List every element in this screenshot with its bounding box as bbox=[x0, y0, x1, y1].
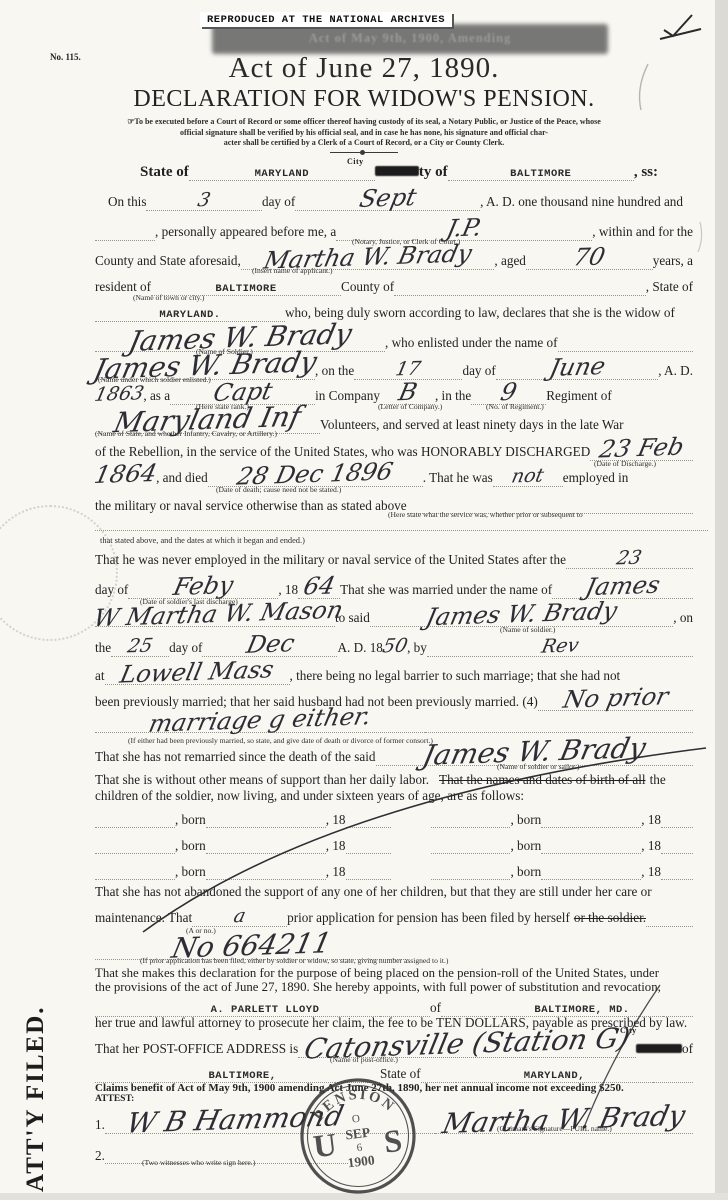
prior-application-line: maintenance. That a prior application fo… bbox=[95, 910, 693, 927]
struck-children-text: That the names and dates of birth of all bbox=[439, 772, 646, 788]
state-value: MARYLAND bbox=[255, 168, 309, 180]
on-this-label: On this bbox=[108, 194, 146, 210]
enlisted-under-label: , who enlisted under the name of bbox=[385, 335, 558, 351]
discharge-date-entry: 23 Feb bbox=[598, 441, 685, 457]
ad-label2: , A. D. bbox=[658, 363, 693, 379]
caption-witnesses: (Two witnesses who write sign here.) bbox=[142, 1158, 255, 1167]
struck-soldier-text: or the soldier. bbox=[574, 910, 646, 926]
employed-in-label: employed in bbox=[563, 470, 629, 486]
act-title: Act of June 27, 1890. bbox=[0, 52, 728, 85]
maiden-name-entry: W Martha W. Mason bbox=[93, 604, 344, 626]
soldier-name4-entry: James W. Brady bbox=[422, 740, 647, 763]
eighteen-label: , 18 bbox=[278, 582, 298, 598]
in-company-label: in Company bbox=[315, 388, 380, 404]
po-city-entry: BALTIMORE, bbox=[208, 1070, 276, 1082]
declaration-line2: the provisions of the act of June 27, 18… bbox=[95, 980, 698, 995]
scan-edge bbox=[715, 0, 728, 1200]
check-mark-underline bbox=[660, 29, 701, 39]
stamp-o: O bbox=[351, 1113, 360, 1126]
born-row: , born , 18 , born , 18 bbox=[95, 838, 693, 854]
state-county-line: State of MARYLAND ty of BALTIMORE , ss: bbox=[140, 164, 658, 181]
caption-soldier4: (Name of soldier or sailor.) bbox=[497, 762, 579, 771]
personally-label: , personally appeared before me, a bbox=[155, 224, 336, 240]
county-word-blot bbox=[375, 166, 419, 176]
marriage-place-line: at Lowell Mass , there being no legal ba… bbox=[95, 666, 693, 685]
regiment-of-label: Regiment of bbox=[546, 388, 612, 404]
witness1-number: 1. bbox=[95, 1117, 105, 1133]
that-he-was-label: . That he was bbox=[423, 470, 493, 486]
rank-entry: Capt bbox=[212, 385, 273, 400]
instruction-line: official signature shall be verified by … bbox=[80, 128, 648, 139]
caption-claimant: (Claimant's Signature—FULL name.) bbox=[497, 1124, 612, 1133]
company-entry: B bbox=[397, 386, 418, 400]
caption-applicant: (Insert name of applicant.) bbox=[252, 266, 333, 275]
support-line: That she is without other means of suppo… bbox=[95, 772, 693, 788]
caption-company: (Letter of Company.) bbox=[378, 402, 442, 411]
and-died-label: , and died bbox=[156, 470, 208, 486]
sworn-line: MARYLAND. who, being duly sworn accordin… bbox=[95, 305, 693, 322]
pencil-mark bbox=[698, 222, 702, 252]
county-value: BALTIMORE bbox=[510, 168, 571, 180]
maiden-name-line: W Martha W. Mason to said James W. Brady… bbox=[95, 608, 693, 627]
born-label: , born bbox=[510, 838, 541, 854]
prior-app-label: prior application for pension has been f… bbox=[287, 910, 570, 926]
enlisted-name-entry: James W. Brady bbox=[92, 354, 317, 377]
county-of-label: County of bbox=[341, 279, 394, 295]
caption-regiment: (No. of Regiment.) bbox=[486, 402, 544, 411]
enlist-month-entry: June bbox=[548, 360, 606, 375]
state-inf-entry: Maryland Inf bbox=[113, 409, 302, 431]
po-entry: Catonsville (Station G) bbox=[303, 1030, 631, 1057]
applicant-line: County and State aforesaid, Martha W. Br… bbox=[95, 251, 693, 270]
last-year-entry: 64 bbox=[302, 579, 336, 593]
ad18-label: A. D. 18 bbox=[337, 640, 382, 656]
no-prior-entry: No prior bbox=[562, 690, 669, 707]
a-entry: a bbox=[233, 911, 247, 922]
state-entry2: MARYLAND. bbox=[159, 309, 220, 321]
never-employed-line: That he was never employed in the milita… bbox=[95, 552, 693, 569]
maintenance-label: maintenance. That bbox=[95, 910, 192, 926]
attest-label: ATTEST: bbox=[95, 1094, 134, 1104]
city-overwrite2: City bbox=[620, 1026, 637, 1035]
as-a-label: , as a bbox=[143, 388, 170, 404]
year18-label: , 18 bbox=[641, 864, 661, 880]
national-archives-stamp: REPRODUCED AT THE NATIONAL ARCHIVES bbox=[200, 12, 452, 27]
rev-entry: Rev bbox=[541, 640, 580, 652]
after-day-entry: 23 bbox=[616, 553, 643, 564]
born-label: , born bbox=[175, 812, 206, 828]
discharge-year-entry: 1864 bbox=[93, 467, 157, 482]
year18-label: , 18 bbox=[641, 812, 661, 828]
at-label: at bbox=[95, 668, 105, 684]
caption-death: (Date of death; cause need not be stated… bbox=[216, 485, 341, 494]
within-label: , within and for the bbox=[592, 224, 693, 240]
soldier-name-line: James W. Brady , who enlisted under the … bbox=[95, 330, 693, 352]
last-month-entry: Feby bbox=[172, 579, 234, 594]
caption-service1: (Here state what the service was, whethe… bbox=[388, 510, 583, 519]
not-remarried-line: That she has not remarried since the dea… bbox=[95, 744, 693, 766]
execution-instructions: ☞To be executed before a Court of Record… bbox=[80, 117, 648, 149]
not-remarried-label: That she has not remarried since the dea… bbox=[95, 749, 376, 765]
day-of-label: day of bbox=[262, 194, 295, 210]
marry-place-entry: Lowell Mass bbox=[119, 663, 275, 681]
on-label: , on bbox=[673, 610, 693, 626]
military-otherwise-label: the military or naval service otherwise … bbox=[95, 498, 407, 514]
year18-label: , 18 bbox=[326, 812, 346, 828]
born-row: , born , 18 , born , 18 bbox=[95, 812, 693, 828]
county-suffix: ty of bbox=[419, 164, 448, 181]
stamp-year: 1900 bbox=[347, 1152, 376, 1170]
caption-po: (Name of post-office.) bbox=[330, 1055, 398, 1064]
never-employed-label: That he was never employed in the milita… bbox=[95, 552, 566, 568]
marry-day-entry: 25 bbox=[127, 641, 154, 652]
aged-label: , aged bbox=[494, 253, 526, 269]
of2-label: of bbox=[682, 1041, 693, 1057]
married-under-label: That she was married under the name of bbox=[340, 582, 552, 598]
regiment-entry: 9 bbox=[500, 386, 518, 400]
caption-town: (Name of town or city.) bbox=[133, 293, 204, 302]
years-label: years, a bbox=[653, 253, 693, 269]
instruction-line: acter shall be certified by a Clerk of a… bbox=[80, 138, 648, 149]
instruction-line: ☞To be executed before a Court of Record… bbox=[80, 117, 648, 128]
born-label: , born bbox=[175, 864, 206, 880]
check-mark bbox=[664, 15, 692, 36]
po-label: That her POST-OFFICE ADDRESS is bbox=[95, 1041, 298, 1057]
not-abandoned-label: That she has not abandoned the support o… bbox=[95, 884, 652, 900]
stamp-day: 6 bbox=[356, 1142, 363, 1155]
city-overwrite: City bbox=[347, 157, 364, 166]
caption-discharge: (Date of Discharge.) bbox=[594, 459, 656, 468]
attest-line: ATTEST: bbox=[95, 1094, 134, 1104]
marriage-either-line: marriage g either. bbox=[95, 714, 693, 733]
county-word-blot2 bbox=[636, 1044, 682, 1053]
pension-office-stamp: PENSION O SEP 6 1900 U S bbox=[291, 1069, 425, 1200]
state-of-label: , State of bbox=[646, 279, 693, 295]
marriage-date-line: the 25 day of Dec A. D. 18 50 , by Rev bbox=[95, 638, 693, 657]
year18-label: , 18 bbox=[326, 864, 346, 880]
po-state-entry: MARYLAND, bbox=[524, 1070, 585, 1082]
by-label: , by bbox=[407, 640, 427, 656]
not-abandoned-line: That she has not abandoned the support o… bbox=[95, 884, 693, 900]
declaration2-label: the provisions of the act of June 27, 18… bbox=[95, 980, 661, 995]
date-line: On this 3 day of Sept , A. D. one thousa… bbox=[108, 192, 683, 211]
officer-entry: J.P. bbox=[446, 221, 483, 235]
declaration1-label: That she makes this declaration for the … bbox=[95, 966, 659, 981]
marry-month-entry: Dec bbox=[245, 637, 295, 652]
state-label: State of bbox=[140, 164, 189, 181]
ad-label: , A. D. one thousand nine hundred and bbox=[480, 194, 683, 210]
day-of-label3: day of bbox=[95, 582, 128, 598]
witness2-number: 2. bbox=[95, 1148, 105, 1164]
marriage-either-entry: marriage g either. bbox=[148, 710, 372, 731]
ss-label: , ss: bbox=[634, 164, 658, 181]
caption-soldier3: (Name of soldier.) bbox=[500, 625, 555, 634]
obscured-act-stamp: Act of May 9th, 1900, Amending bbox=[255, 31, 565, 46]
prior-number-entry: No 664211 bbox=[171, 935, 333, 956]
atty-filed-stamp: ATT'Y FILED. bbox=[22, 960, 50, 1192]
day-of-label2: day of bbox=[462, 363, 495, 379]
born-label: , born bbox=[175, 838, 206, 854]
not-entry: not bbox=[511, 470, 545, 482]
scanned-pension-form: Act of May 9th, 1900, Amending REPRODUCE… bbox=[0, 0, 728, 1200]
applicant-entry: Martha W. Brady bbox=[263, 247, 473, 267]
enlist-day-entry: 17 bbox=[395, 364, 422, 375]
form-title: DECLARATION FOR WIDOW'S PENSION. bbox=[0, 86, 728, 113]
county-state-label: County and State aforesaid, bbox=[95, 253, 241, 269]
day-of-label4: day of bbox=[169, 640, 202, 656]
children-label: children of the soldier, now living, and… bbox=[95, 788, 524, 804]
enlist-year-entry: 1863 bbox=[94, 388, 145, 400]
stamp-month: SEP bbox=[344, 1125, 370, 1143]
support-label: That she is without other means of suppo… bbox=[95, 772, 429, 788]
residence-entry: BALTIMORE bbox=[215, 283, 276, 295]
children-line: children of the soldier, now living, and… bbox=[95, 788, 693, 804]
born-label: , born bbox=[510, 812, 541, 828]
declaration-line1: That she makes this declaration for the … bbox=[95, 966, 698, 981]
born-label: , born bbox=[510, 864, 541, 880]
year18-label: , 18 bbox=[326, 838, 346, 854]
rebellion-label: of the Rebellion, in the service of the … bbox=[95, 444, 590, 460]
blank-rule-line bbox=[95, 527, 708, 531]
death-date-entry: 28 Dec 1896 bbox=[236, 465, 394, 484]
age-entry: 70 bbox=[572, 250, 606, 264]
of-label: of bbox=[430, 1000, 441, 1016]
the-label: the bbox=[95, 640, 111, 656]
born-row: , born , 18 , born , 18 bbox=[95, 864, 693, 880]
the-word: the bbox=[650, 772, 666, 788]
on-the-label: , on the bbox=[315, 363, 354, 379]
year18-label: , 18 bbox=[641, 838, 661, 854]
ornament-divider bbox=[330, 152, 398, 153]
caption-prior: (If prior application has been filed, ei… bbox=[140, 956, 448, 965]
day-entry: 3 bbox=[197, 195, 211, 206]
volunteers-label: Volunteers, and served at least ninety d… bbox=[320, 417, 624, 433]
marry-year-entry: 50 bbox=[382, 641, 409, 652]
caption-service2: that stated above, and the dates at whic… bbox=[100, 536, 305, 545]
death-line: 1864 , and died 28 Dec 1896 . That he wa… bbox=[95, 468, 693, 487]
james-tail-entry: James bbox=[584, 579, 661, 595]
stamp-u: U bbox=[311, 1126, 338, 1165]
stamp-s: S bbox=[382, 1122, 404, 1160]
soldier-name3-entry: James W. Brady bbox=[425, 605, 618, 625]
no-barrier-label: , there being no legal barrier to such m… bbox=[290, 668, 621, 684]
caption-state-inf: (Name of State, and whether Infantry, Ca… bbox=[95, 429, 277, 438]
month-entry: Sept bbox=[358, 191, 417, 206]
